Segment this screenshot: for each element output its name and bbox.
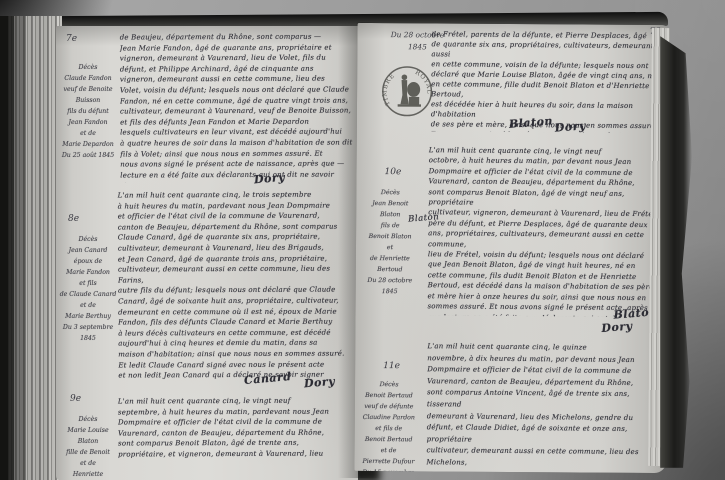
margin-note-9: Décès Marie Louise Blaton fille de Benoi…	[56, 414, 120, 480]
record-11-paragraph: L'an mil huit cent quarante cinq, le qui…	[426, 341, 661, 469]
record-10-paragraph: L'an mil huit cent quarante cinq, le vin…	[427, 145, 662, 317]
timbre-royal-stamp-icon: TIMBRE ROYAL	[379, 63, 435, 119]
entry-number-11: 11e	[383, 361, 400, 371]
entry-number-9: 9e	[70, 394, 81, 404]
spine-page-edges	[0, 16, 62, 480]
margin-note-7: Décès Claude Fandon veuf de Benoite Buis…	[56, 62, 120, 166]
signature-dory: Dory	[554, 119, 586, 134]
record-7-paragraph: de Beaujeu, département du Rhône, sont c…	[120, 31, 357, 182]
signature-dory: Dory	[303, 375, 335, 391]
signature-dory: Dory	[601, 320, 633, 335]
book-cover-right	[660, 36, 692, 468]
signature-canard: Canard	[244, 370, 292, 387]
signature-dory: Dory	[253, 171, 285, 187]
record-8-paragraph: L'an mil huit cent quarante cinq, le tro…	[118, 189, 357, 380]
margin-note-8: Décès Jean Canard époux de Marie Fandon …	[56, 234, 120, 348]
register-scan: 7e Décès Claude Fandon veuf de Benoite B…	[0, 0, 725, 480]
record-9-paragraph: L'an mil huit cent quarante cinq, le vin…	[118, 395, 356, 476]
right-page: 73 Du 28 octobre 1845 TIMBRE ROYAL 10	[354, 23, 669, 473]
entry-number-10: 10e	[384, 167, 401, 177]
left-page: 7e Décès Claude Fandon veuf de Benoite B…	[56, 26, 358, 480]
entry-number-8: 8e	[68, 214, 79, 224]
entry-number-7: 7e	[66, 34, 77, 44]
margin-note-11: Décès Benoit Bertaud veuf de défunte Cla…	[354, 379, 423, 471]
margin-note-10: Décès Jean Benoit Blaton fils de Benoit …	[356, 187, 425, 301]
